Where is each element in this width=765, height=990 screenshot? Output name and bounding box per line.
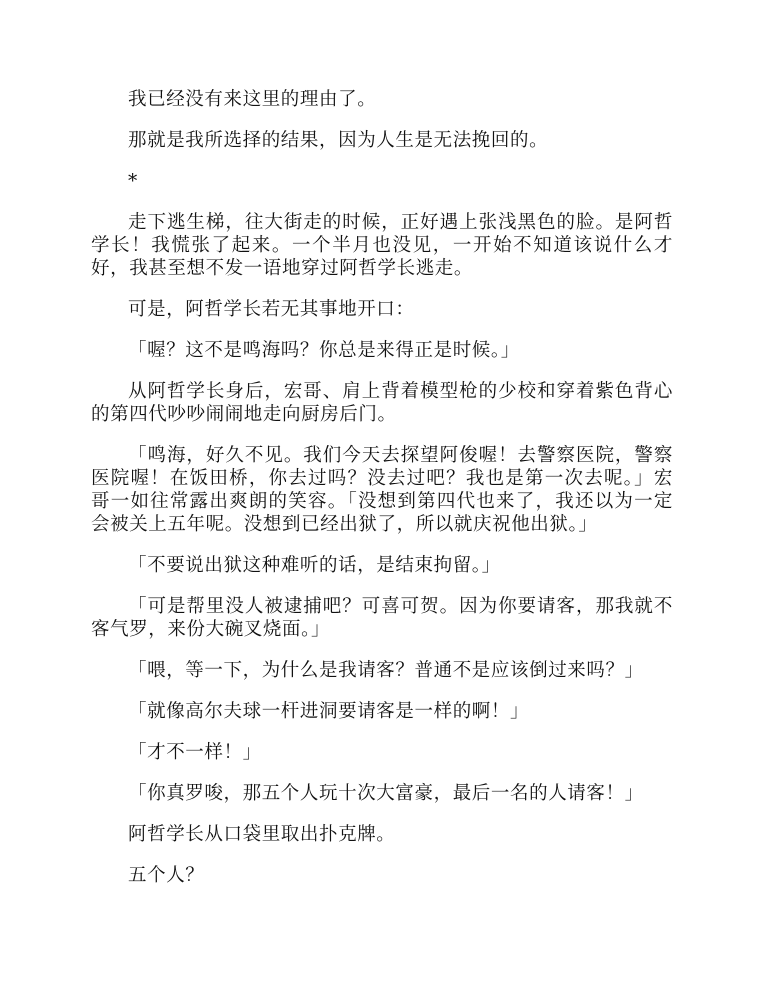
dialogue-paragraph: 「可是帮里没人被逮捕吧？可喜可贺。因为你要请客，那我就不客气罗，来份大碗叉烧面。… bbox=[91, 595, 673, 641]
dialogue-paragraph: 「喂，等一下，为什么是我请客？普通不是应该倒过来吗？」 bbox=[91, 659, 673, 682]
paragraph: 五个人？ bbox=[91, 864, 673, 887]
dialogue-paragraph: 「就像高尔夫球一杆进洞要请客是一样的啊！」 bbox=[91, 700, 673, 723]
dialogue-paragraph: 「你真罗唆，那五个人玩十次大富豪，最后一名的人请客！」 bbox=[91, 782, 673, 805]
dialogue-paragraph: 「才不一样！」 bbox=[91, 741, 673, 764]
document-page: 我已经没有来这里的理由了。 那就是我所选择的结果，因为人生是无法挽回的。 * 走… bbox=[91, 88, 673, 905]
paragraph: 那就是我所选择的结果，因为人生是无法挽回的。 bbox=[91, 129, 673, 152]
paragraph: 我已经没有来这里的理由了。 bbox=[91, 88, 673, 111]
paragraph: 可是，阿哲学长若无其事地开口： bbox=[91, 298, 673, 321]
paragraph: 从阿哲学长身后，宏哥、肩上背着模型枪的少校和穿着紫色背心的第四代吵吵闹闹地走向厨… bbox=[91, 380, 673, 426]
dialogue-paragraph: 「不要说出狱这种难听的话，是结束拘留。」 bbox=[91, 554, 673, 577]
paragraph: 阿哲学长从口袋里取出扑克牌。 bbox=[91, 823, 673, 846]
dialogue-paragraph: 「喔？这不是鸣海吗？你总是来得正是时候。」 bbox=[91, 339, 673, 362]
section-separator: * bbox=[91, 170, 673, 193]
dialogue-paragraph: 「鸣海，好久不见。我们今天去探望阿俊喔！去警察医院，警察医院喔！在饭田桥，你去过… bbox=[91, 444, 673, 536]
paragraph: 走下逃生梯，往大街走的时候，正好遇上张浅黑色的脸。是阿哲学长！我慌张了起来。一个… bbox=[91, 211, 673, 280]
